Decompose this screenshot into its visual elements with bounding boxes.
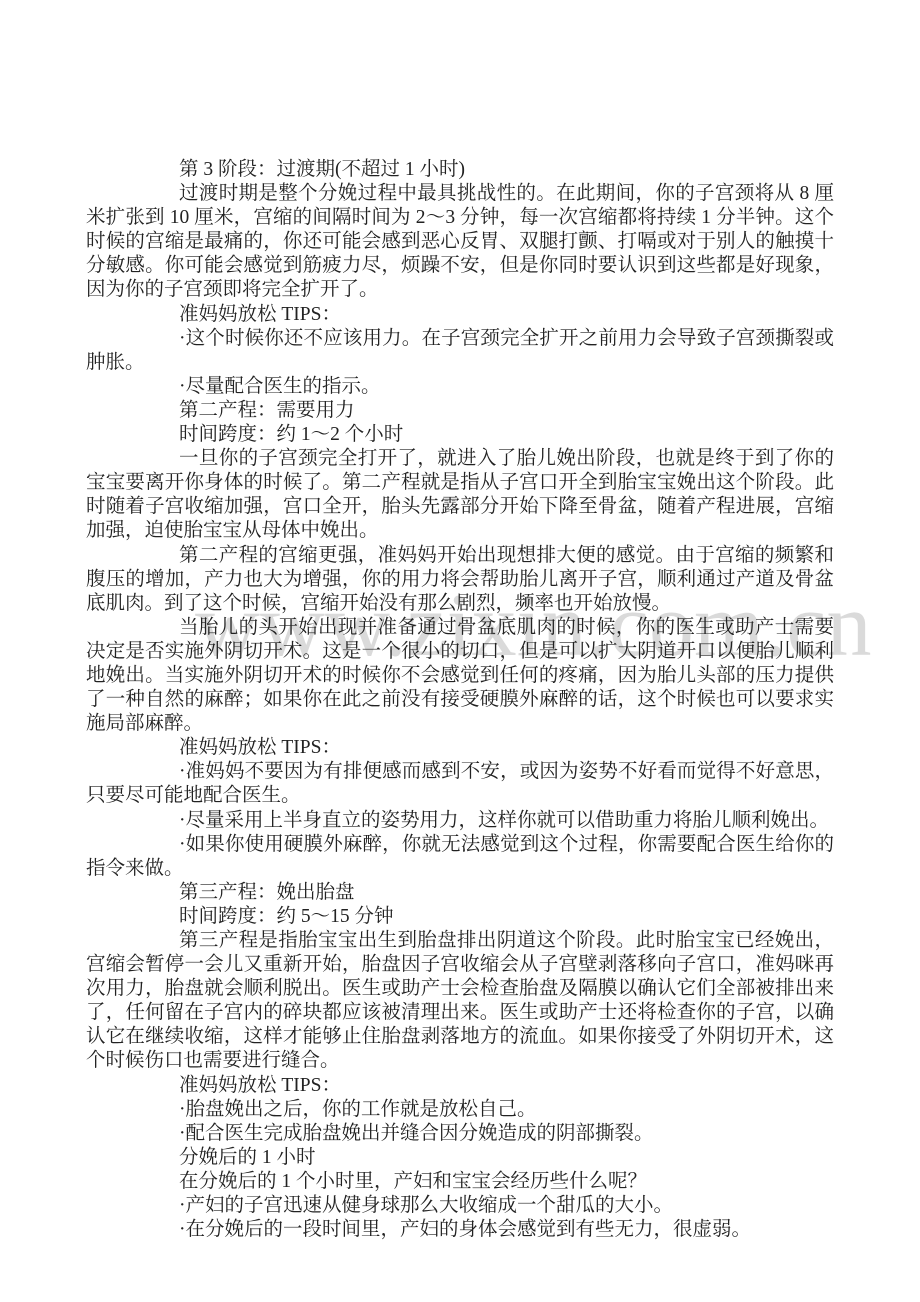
paragraph: 准妈妈放松 TIPS： <box>86 303 834 327</box>
paragraph: ·胎盘娩出之后，你的工作就是放松自己。 <box>86 1098 834 1122</box>
paragraph: ·准妈妈不要因为有排便感而感到不安，或因为姿势不好看而觉得不好意思，只要尽可能地… <box>86 760 834 808</box>
paragraph: 一旦你的子宫颈完全打开了，就进入了胎儿娩出阶段，也就是终于到了你的宝宝要离开你身… <box>86 447 834 543</box>
paragraph: 时间跨度：约 1～2 个小时 <box>86 423 834 447</box>
paragraph: ·这个时候你还不应该用力。在子宫颈完全扩开之前用力会导致子宫颈撕裂或肿胀。 <box>86 327 834 375</box>
paragraph: 第 3 阶段：过渡期(不超过 1 小时) <box>86 158 834 182</box>
paragraph: 第二产程的宫缩更强，准妈妈开始出现想排大便的感觉。由于宫缩的频繁和腹压的增加，产… <box>86 544 834 616</box>
paragraph: 分娩后的 1 小时 <box>86 1146 834 1170</box>
paragraph: 过渡时期是整个分娩过程中最具挑战性的。在此期间，你的子宫颈将从 8 厘米扩张到 … <box>86 182 834 302</box>
paragraph: 第三产程：娩出胎盘 <box>86 881 834 905</box>
document-page: www.zixin.com.cn 第 3 阶段：过渡期(不超过 1 小时)过渡时… <box>0 0 920 1302</box>
paragraph: 第二产程：需要用力 <box>86 399 834 423</box>
paragraph: 第三产程是指胎宝宝出生到胎盘排出阴道这个阶段。此时胎宝宝已经娩出，宫缩会暂停一会… <box>86 929 834 1074</box>
paragraph: 时间跨度：约 5～15 分钟 <box>86 905 834 929</box>
paragraph: ·配合医生完成胎盘娩出并缝合因分娩造成的阴部撕裂。 <box>86 1122 834 1146</box>
paragraph: 当胎儿的头开始出现并准备通过骨盆底肌肉的时候，你的医生或助产士需要决定是否实施外… <box>86 616 834 736</box>
document-body: 第 3 阶段：过渡期(不超过 1 小时)过渡时期是整个分娩过程中最具挑战性的。在… <box>86 158 834 1242</box>
paragraph: 准妈妈放松 TIPS： <box>86 1074 834 1098</box>
paragraph: ·尽量采用上半身直立的姿势用力，这样你就可以借助重力将胎儿顺利娩出。 <box>86 809 834 833</box>
paragraph: 在分娩后的 1 个小时里，产妇和宝宝会经历些什么呢？ <box>86 1170 834 1194</box>
paragraph: 准妈妈放松 TIPS： <box>86 736 834 760</box>
paragraph: ·在分娩后的一段时间里，产妇的身体会感觉到有些无力，很虚弱。 <box>86 1218 834 1242</box>
paragraph: ·产妇的子宫迅速从健身球那么大收缩成一个甜瓜的大小。 <box>86 1194 834 1218</box>
paragraph: ·如果你使用硬膜外麻醉，你就无法感觉到这个过程，你需要配合医生给你的指令来做。 <box>86 833 834 881</box>
paragraph: ·尽量配合医生的指示。 <box>86 375 834 399</box>
